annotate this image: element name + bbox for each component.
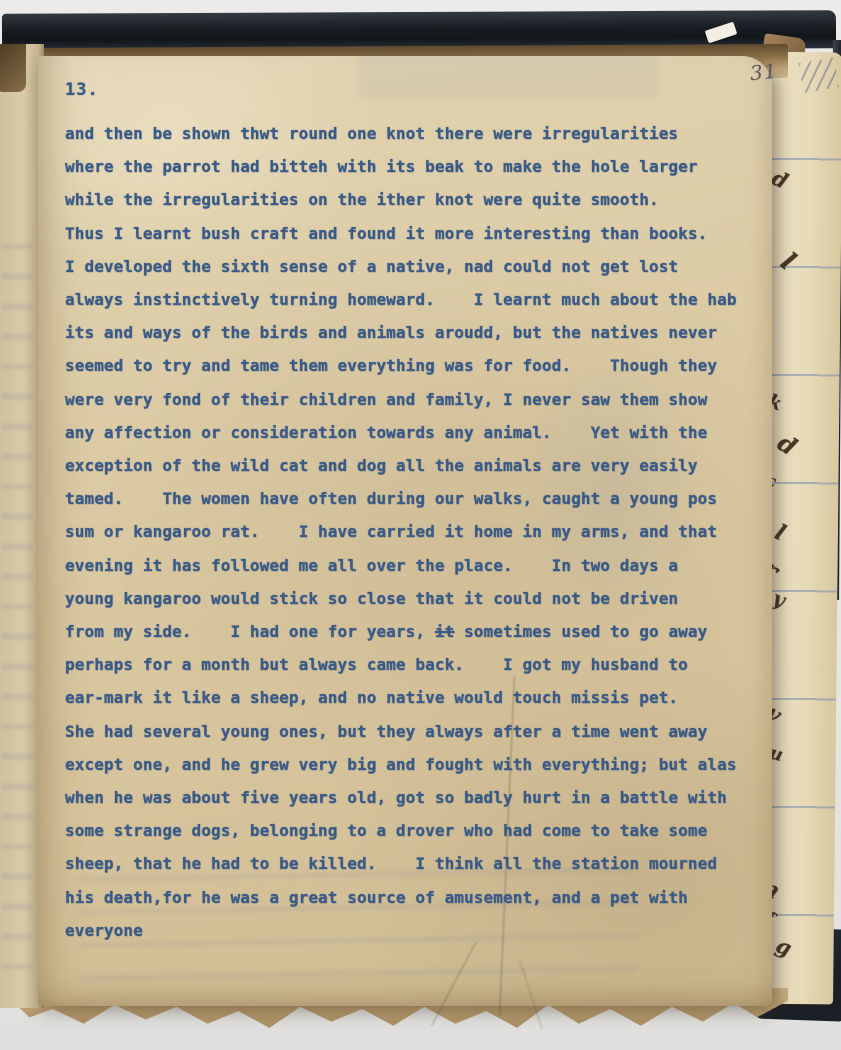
typescript-text: and then be shown thwt round one knot th…	[65, 124, 772, 974]
typescript-line: except one, and he grew very big and fou…	[65, 755, 737, 777]
typescript-line: any affection or consideration towards a…	[65, 423, 707, 445]
typescript-line: I developed the sixth sense of a native,…	[65, 257, 678, 279]
typescript-line: where the parrot had bitteh with its bea…	[65, 157, 698, 179]
typescript-line: tamed. The women have often during our w…	[65, 489, 717, 511]
typescript-line: seemed to try and tame them everything w…	[65, 356, 717, 378]
page-number: 13.	[65, 80, 99, 100]
typescript-line: sum or kangaroo rat. I have carried it h…	[65, 522, 717, 544]
handwriting-fragment: y	[769, 586, 788, 613]
typescript-line: evening it has followed me all over the …	[65, 556, 678, 578]
typescript-line: and then be shown thwt round one knot th…	[65, 124, 678, 146]
typescript-line: when he was about five years old, got so…	[65, 788, 727, 810]
typescript-line: while the irregularities on the ither kn…	[65, 190, 659, 212]
typescript-line: perhaps for a month but always came back…	[65, 655, 688, 677]
showthrough-text-smudge	[2, 244, 32, 984]
handwriting-fragment: g	[773, 932, 796, 961]
handwriting-fragment: l	[771, 519, 790, 546]
typescript-line: sheep, that he had to be killed. I think…	[65, 854, 717, 876]
typescript-line: always instinctively turning homeward. I…	[65, 290, 737, 312]
handwritten-folio-number: 31	[749, 59, 779, 86]
typescript-line: were very fond of their children and fam…	[65, 390, 707, 412]
typescript-page: 13. 31 and then be shown thwt round one …	[38, 56, 772, 1006]
typescript-line: ear-mark it like a sheep, and no native …	[65, 688, 678, 710]
typescript-line: from my side. I had one for years, it so…	[65, 622, 707, 644]
ink-showthrough-smudge	[358, 54, 658, 98]
handwriting-fragment: l	[775, 247, 801, 277]
typescript-line: some strange dogs, belonging to a drover…	[65, 821, 707, 843]
typescript-line: young kangaroo would stick so close that…	[65, 589, 678, 611]
typescript-line: his death,for he was a great source of a…	[65, 888, 688, 910]
typescript-line: She had several young ones, but they alw…	[65, 722, 707, 744]
typescript-line: everyone	[65, 921, 143, 943]
typescript-line: exception of the wild cat and dog all th…	[65, 456, 698, 478]
handwriting-fragment: d	[772, 428, 802, 461]
typescript-line: its and ways of the birds and animals ar…	[65, 323, 717, 345]
struck-word: it	[435, 622, 454, 641]
typescript-line: Thus I learnt bush craft and found it mo…	[65, 224, 707, 246]
